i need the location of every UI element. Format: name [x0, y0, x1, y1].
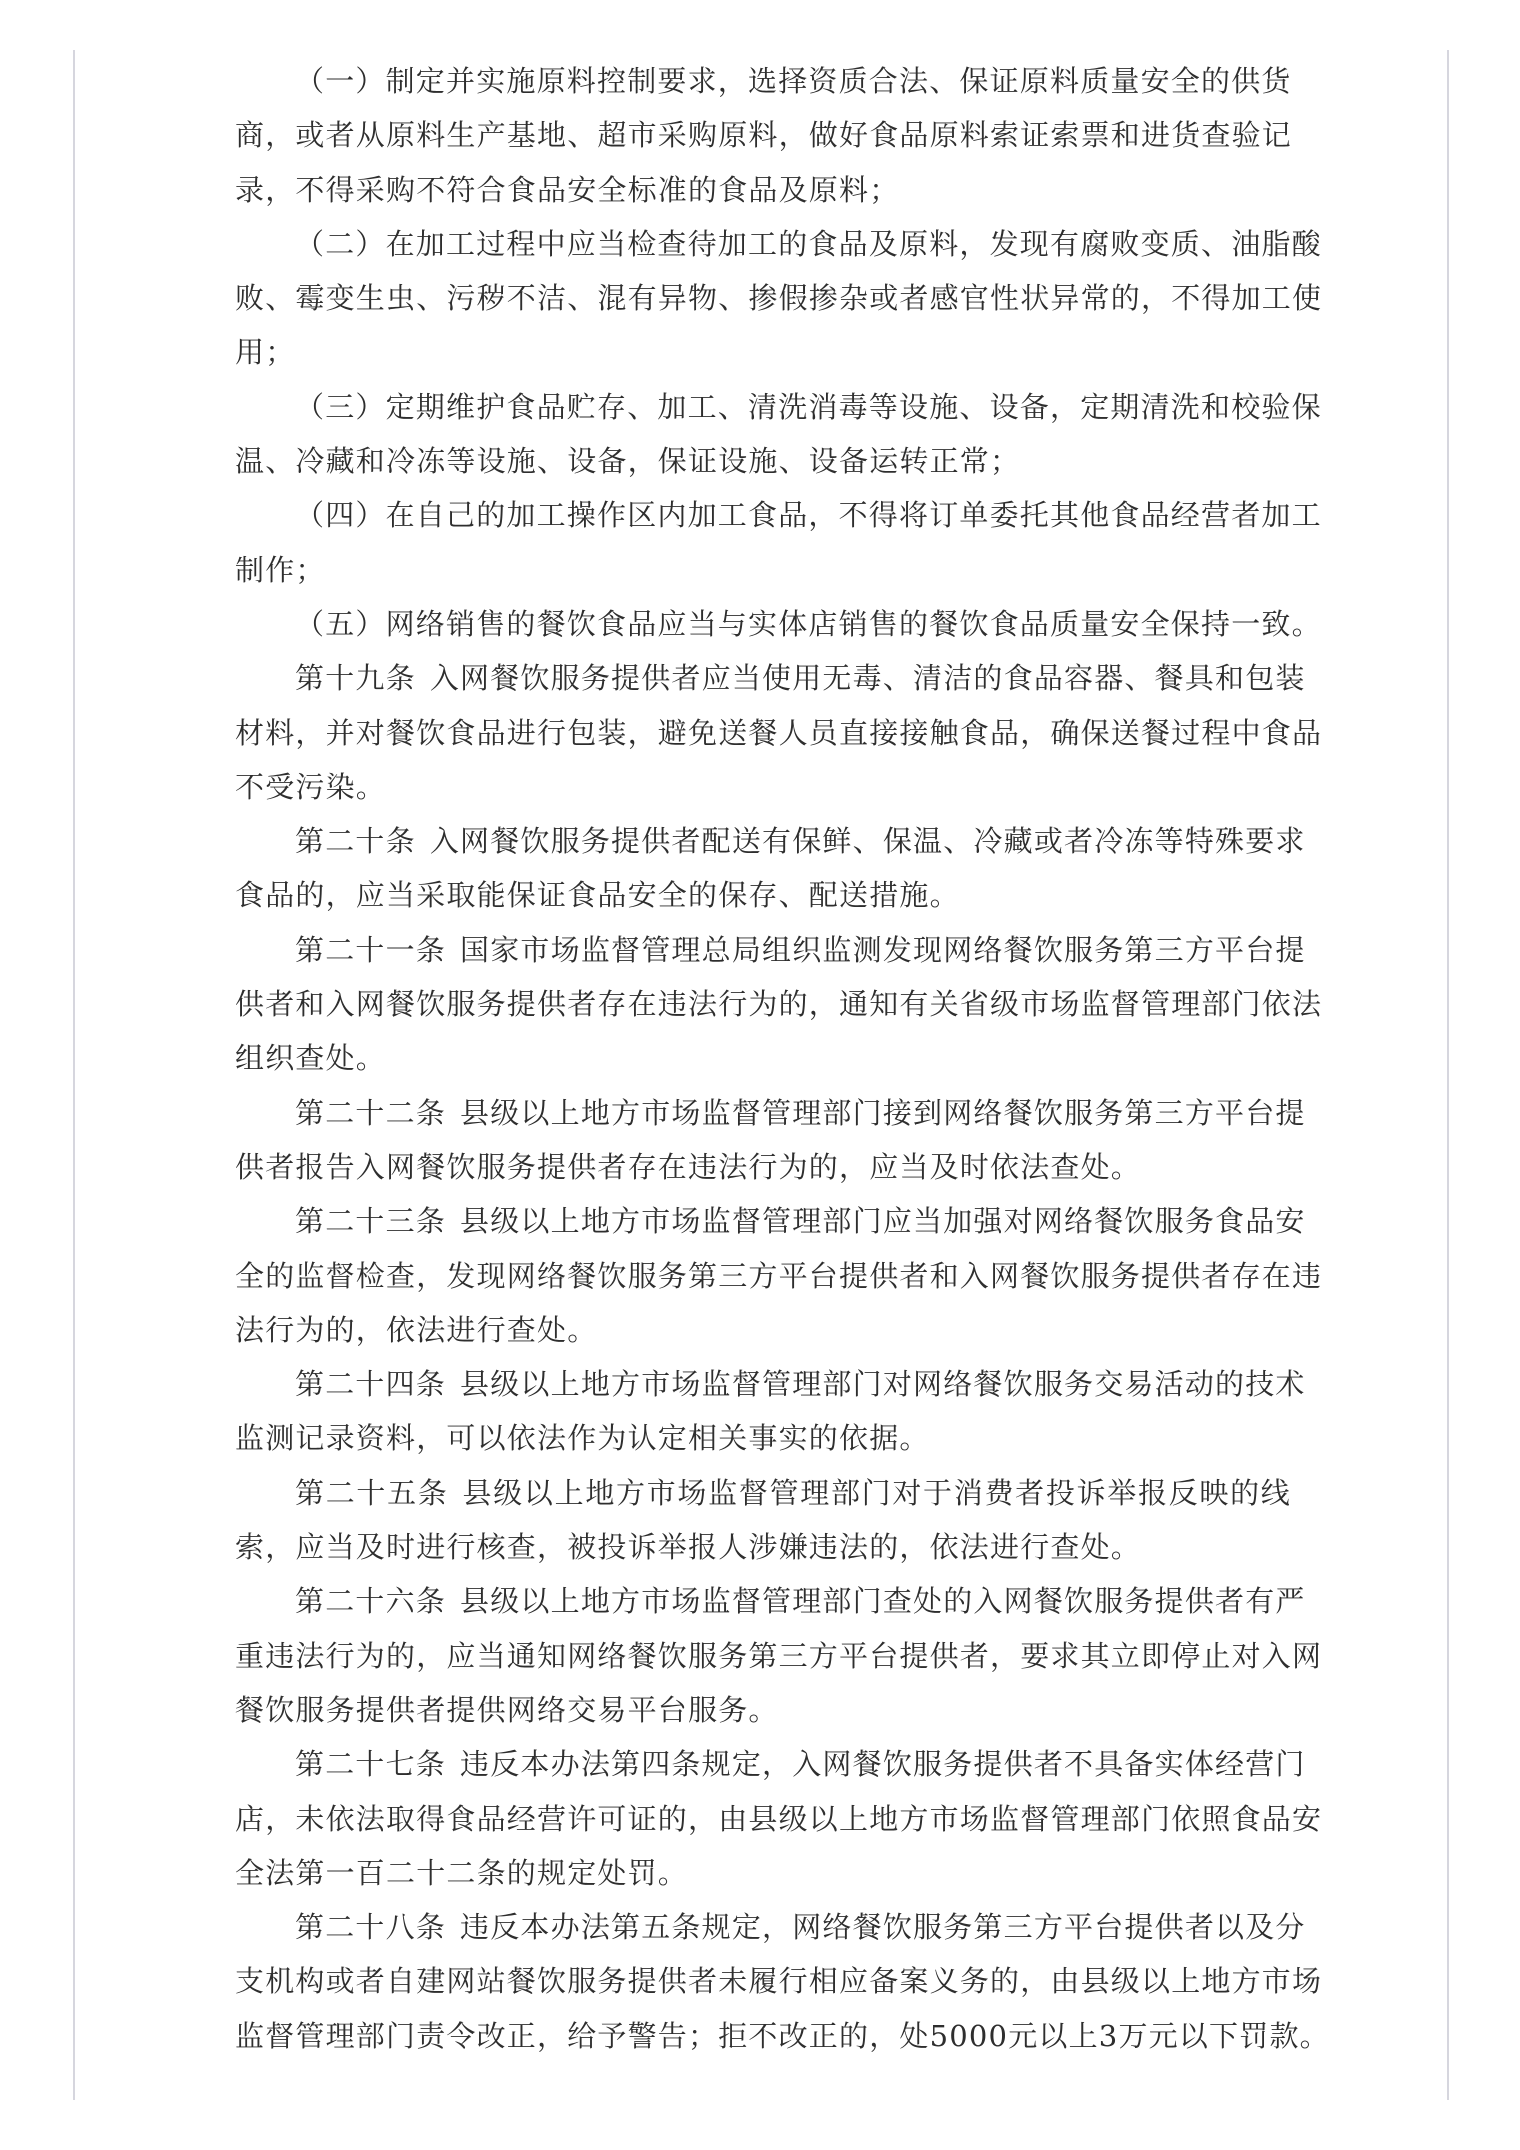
article-number: 第十九条 [295, 661, 416, 695]
article-19: 第十九条入网餐饮服务提供者应当使用无毒、清洁的食品容器、餐具和包装 材料，并对餐… [235, 651, 1291, 814]
text-line: （二）在加工过程中应当检查待加工的食品及原料，发现有腐败变质、油脂酸 [235, 217, 1291, 271]
article-number: 第二十五条 [295, 1476, 449, 1510]
article-24: 第二十四条县级以上地方市场监督管理部门对网络餐饮服务交易活动的技术 监测记录资料… [235, 1357, 1291, 1466]
article-number: 第二十四条 [295, 1367, 446, 1401]
article-text: 入网餐饮服务提供者应当使用无毒、清洁的食品容器、餐具和包装 [430, 661, 1306, 695]
paragraph-item-1: （一）制定并实施原料控制要求，选择资质合法、保证原料质量安全的供货 商，或者从原… [235, 54, 1291, 217]
article-27: 第二十七条违反本办法第四条规定，入网餐饮服务提供者不具备实体经营门 店，未依法取… [235, 1737, 1291, 1900]
text-line: 第十九条入网餐饮服务提供者应当使用无毒、清洁的食品容器、餐具和包装 [235, 651, 1291, 705]
text-line: 供者和入网餐饮服务提供者存在违法行为的，通知有关省级市场监督管理部门依法 [235, 977, 1291, 1031]
text-line: 监督管理部门责令改正，给予警告；拒不改正的，处5000元以上3万元以下罚款。 [235, 2009, 1291, 2063]
paragraph-item-3: （三）定期维护食品贮存、加工、清洗消毒等设施、设备，定期清洗和校验保 温、冷藏和… [235, 380, 1291, 489]
text-line: 第二十八条违反本办法第五条规定，网络餐饮服务第三方平台提供者以及分 [235, 1900, 1291, 1954]
text-line: 第二十七条违反本办法第四条规定，入网餐饮服务提供者不具备实体经营门 [235, 1737, 1291, 1791]
article-text: 国家市场监督管理总局组织监测发现网络餐饮服务第三方平台提 [460, 933, 1306, 967]
text-line: 餐饮服务提供者提供网络交易平台服务。 [235, 1683, 1291, 1737]
text-line: 第二十四条县级以上地方市场监督管理部门对网络餐饮服务交易活动的技术 [235, 1357, 1291, 1411]
article-25: 第二十五条县级以上地方市场监督管理部门对于消费者投诉举报反映的线 索，应当及时进… [235, 1466, 1291, 1575]
article-21: 第二十一条国家市场监督管理总局组织监测发现网络餐饮服务第三方平台提 供者和入网餐… [235, 923, 1291, 1086]
text-line: 第二十六条县级以上地方市场监督管理部门查处的入网餐饮服务提供者有严 [235, 1574, 1291, 1628]
text-line: 材料，并对餐饮食品进行包装，避免送餐人员直接接触食品，确保送餐过程中食品 [235, 706, 1291, 760]
paragraph-item-5: （五）网络销售的餐饮食品应当与实体店销售的餐饮食品质量安全保持一致。 [235, 597, 1291, 651]
article-text: 县级以上地方市场监督管理部门应当加强对网络餐饮服务食品安 [460, 1204, 1306, 1238]
article-text: 县级以上地方市场监督管理部门接到网络餐饮服务第三方平台提 [460, 1096, 1306, 1130]
text-line: 组织查处。 [235, 1031, 1291, 1085]
article-number: 第二十八条 [295, 1910, 446, 1944]
text-line: （一）制定并实施原料控制要求，选择资质合法、保证原料质量安全的供货 [235, 54, 1291, 108]
article-text: 入网餐饮服务提供者配送有保鲜、保温、冷藏或者冷冻等特殊要求 [430, 824, 1306, 858]
text-line: 商，或者从原料生产基地、超市采购原料，做好食品原料索证索票和进货查验记 [235, 108, 1291, 162]
text-line: 第二十三条县级以上地方市场监督管理部门应当加强对网络餐饮服务食品安 [235, 1194, 1291, 1248]
document-body: （一）制定并实施原料控制要求，选择资质合法、保证原料质量安全的供货 商，或者从原… [235, 54, 1291, 2063]
text-line: 索，应当及时进行核查，被投诉举报人涉嫌违法的，依法进行查处。 [235, 1520, 1291, 1574]
article-20: 第二十条入网餐饮服务提供者配送有保鲜、保温、冷藏或者冷冻等特殊要求 食品的，应当… [235, 814, 1291, 923]
article-text: 违反本办法第四条规定，入网餐饮服务提供者不具备实体经营门 [460, 1747, 1306, 1781]
article-text: 县级以上地方市场监督管理部门对网络餐饮服务交易活动的技术 [460, 1367, 1306, 1401]
text-line: 不受污染。 [235, 760, 1291, 814]
text-line: 录，不得采购不符合食品安全标准的食品及原料； [235, 163, 1291, 217]
article-23: 第二十三条县级以上地方市场监督管理部门应当加强对网络餐饮服务食品安 全的监督检查… [235, 1194, 1291, 1357]
text-line: （四）在自己的加工操作区内加工食品，不得将订单委托其他食品经营者加工 [235, 488, 1291, 542]
text-line: 败、霉变生虫、污秽不洁、混有异物、掺假掺杂或者感官性状异常的，不得加工使 [235, 271, 1291, 325]
article-26: 第二十六条县级以上地方市场监督管理部门查处的入网餐饮服务提供者有严 重违法行为的… [235, 1574, 1291, 1737]
text-line: 温、冷藏和冷冻等设施、设备，保证设施、设备运转正常； [235, 434, 1291, 488]
article-text: 县级以上地方市场监督管理部门对于消费者投诉举报反映的线 [463, 1476, 1291, 1510]
article-28: 第二十八条违反本办法第五条规定，网络餐饮服务第三方平台提供者以及分 支机构或者自… [235, 1900, 1291, 2063]
text-line: 用； [235, 325, 1291, 379]
text-line: 第二十五条县级以上地方市场监督管理部门对于消费者投诉举报反映的线 [235, 1466, 1291, 1520]
article-number: 第二十六条 [295, 1584, 446, 1618]
text-line: （五）网络销售的餐饮食品应当与实体店销售的餐饮食品质量安全保持一致。 [235, 597, 1291, 651]
text-line: 监测记录资料，可以依法作为认定相关事实的依据。 [235, 1411, 1291, 1465]
text-line: 第二十条入网餐饮服务提供者配送有保鲜、保温、冷藏或者冷冻等特殊要求 [235, 814, 1291, 868]
text-line: 全法第一百二十二条的规定处罚。 [235, 1846, 1291, 1900]
paragraph-item-2: （二）在加工过程中应当检查待加工的食品及原料，发现有腐败变质、油脂酸 败、霉变生… [235, 217, 1291, 380]
text-line: 第二十二条县级以上地方市场监督管理部门接到网络餐饮服务第三方平台提 [235, 1086, 1291, 1140]
text-line: 第二十一条国家市场监督管理总局组织监测发现网络餐饮服务第三方平台提 [235, 923, 1291, 977]
text-line: 全的监督检查，发现网络餐饮服务第三方平台提供者和入网餐饮服务提供者存在违 [235, 1249, 1291, 1303]
text-line: 重违法行为的，应当通知网络餐饮服务第三方平台提供者，要求其立即停止对入网 [235, 1629, 1291, 1683]
text-line: 食品的，应当采取能保证食品安全的保存、配送措施。 [235, 868, 1291, 922]
page-border-right [1447, 50, 1449, 2100]
article-number: 第二十三条 [295, 1204, 446, 1238]
text-line: 制作； [235, 543, 1291, 597]
article-number: 第二十一条 [295, 933, 446, 967]
text-line: （三）定期维护食品贮存、加工、清洗消毒等设施、设备，定期清洗和校验保 [235, 380, 1291, 434]
text-line: 供者报告入网餐饮服务提供者存在违法行为的，应当及时依法查处。 [235, 1140, 1291, 1194]
paragraph-item-4: （四）在自己的加工操作区内加工食品，不得将订单委托其他食品经营者加工 制作； [235, 488, 1291, 597]
article-text: 县级以上地方市场监督管理部门查处的入网餐饮服务提供者有严 [460, 1584, 1306, 1618]
text-line: 支机构或者自建网站餐饮服务提供者未履行相应备案义务的，由县级以上地方市场 [235, 1954, 1291, 2008]
page-border-left [73, 50, 75, 2100]
article-text: 违反本办法第五条规定，网络餐饮服务第三方平台提供者以及分 [460, 1910, 1306, 1944]
text-line: 法行为的，依法进行查处。 [235, 1303, 1291, 1357]
article-number: 第二十二条 [295, 1096, 446, 1130]
article-number: 第二十七条 [295, 1747, 446, 1781]
article-number: 第二十条 [295, 824, 416, 858]
text-line: 店，未依法取得食品经营许可证的，由县级以上地方市场监督管理部门依照食品安 [235, 1792, 1291, 1846]
article-22: 第二十二条县级以上地方市场监督管理部门接到网络餐饮服务第三方平台提 供者报告入网… [235, 1086, 1291, 1195]
